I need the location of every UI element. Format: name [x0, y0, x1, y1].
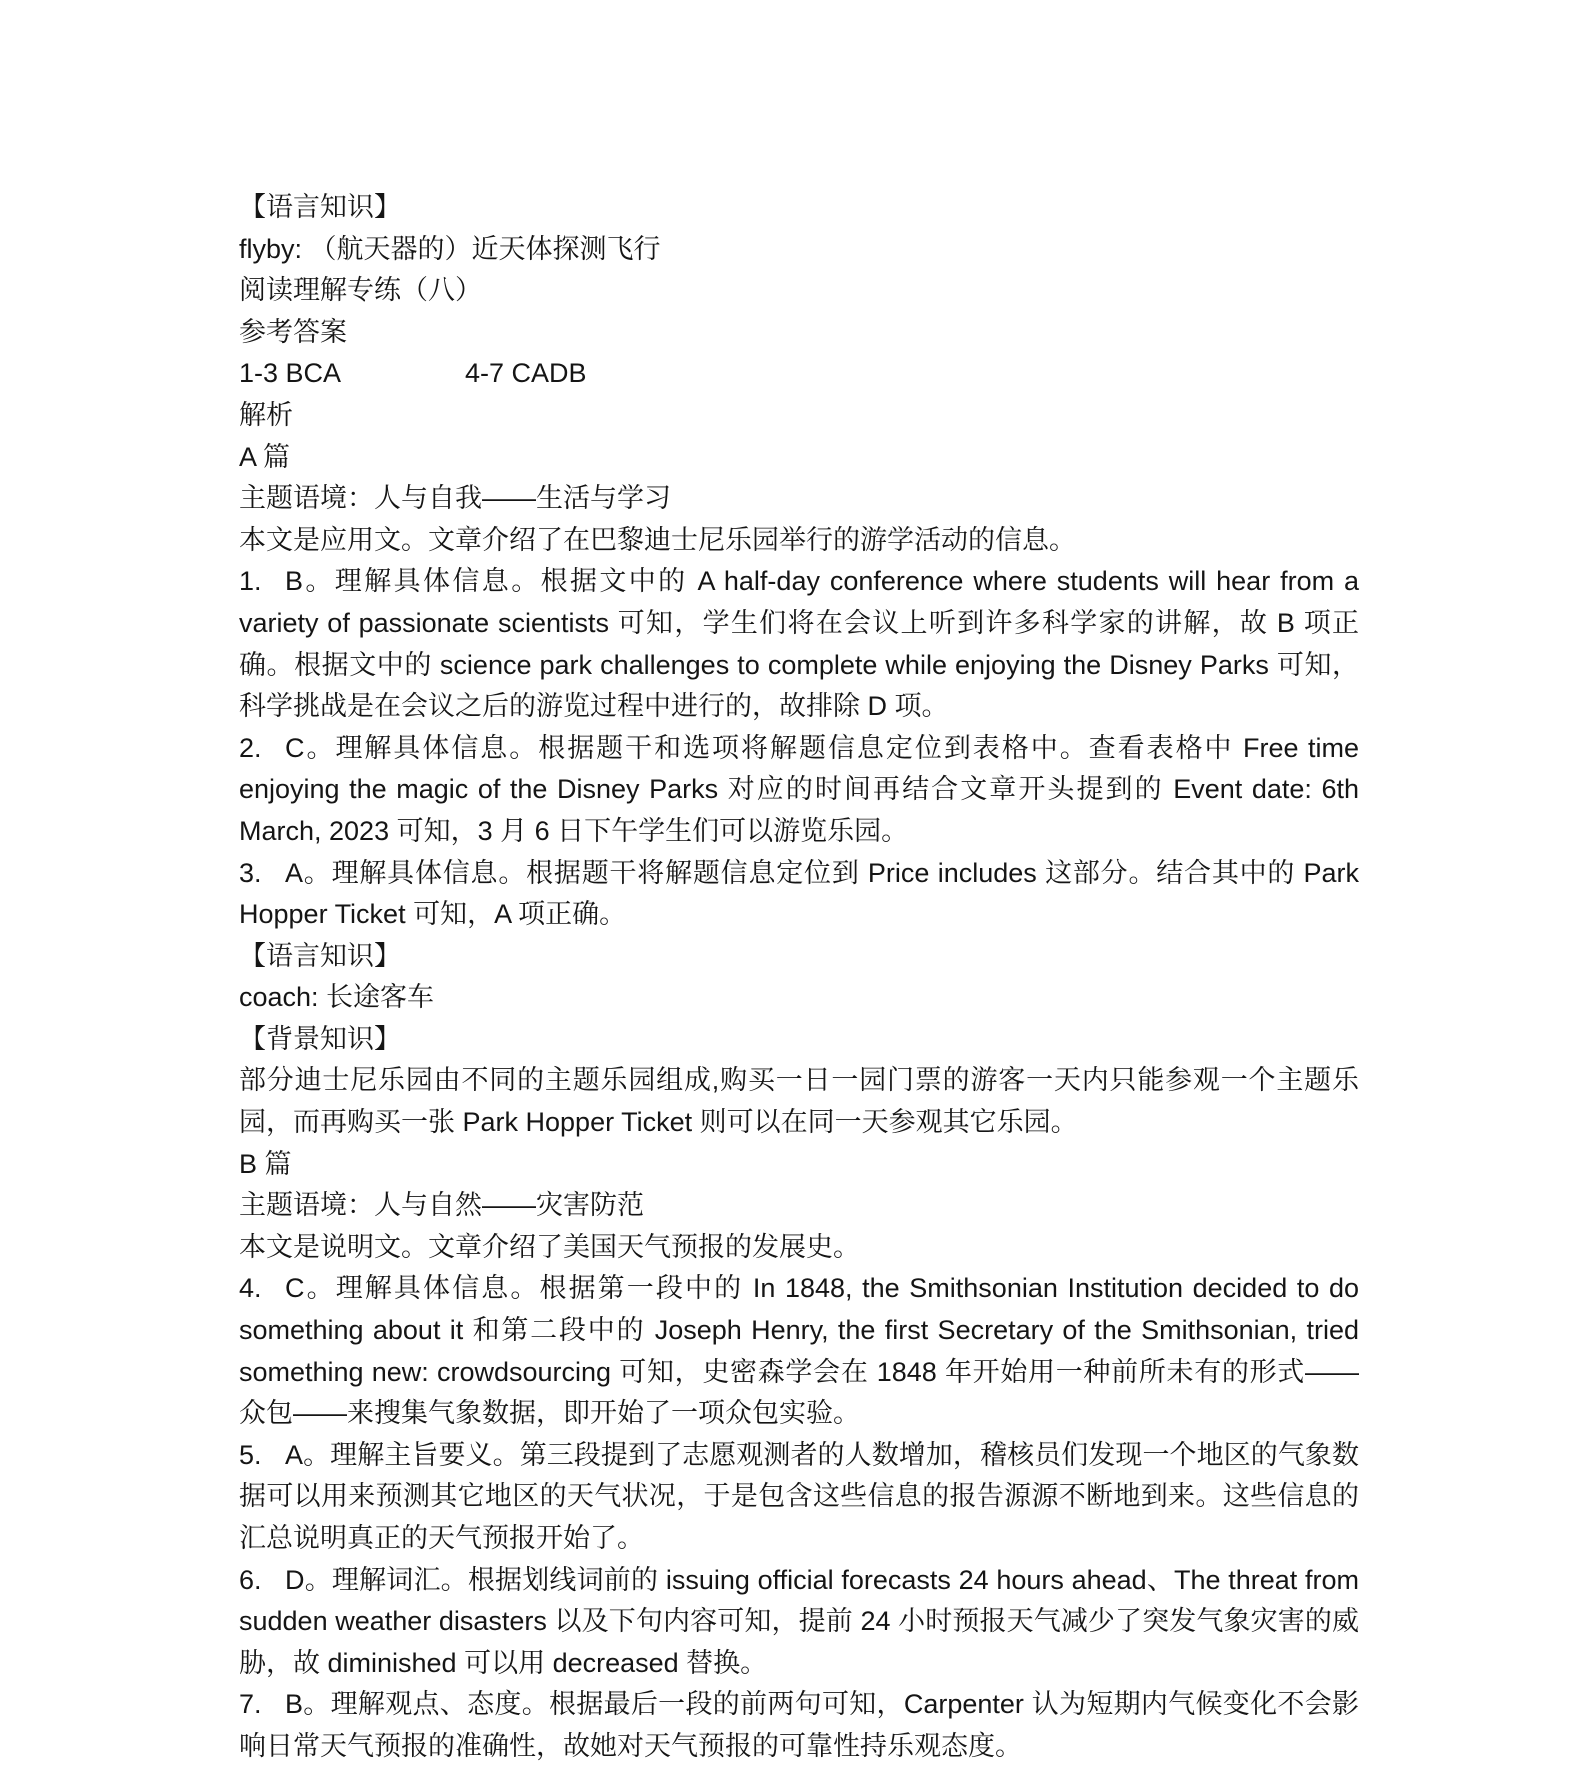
question-1-analysis: 1.B。理解具体信息。根据文中的 A half-day conference w… [239, 561, 1359, 727]
analysis-text: D。理解词汇。根据划线词前的 issuing official forecast… [239, 1565, 1359, 1678]
passage-b-label: B 篇 [239, 1144, 1359, 1186]
answer-range-4-7: 4-7 CADB [465, 358, 587, 388]
question-number: 1. [239, 561, 285, 603]
question-7-analysis: 7.B。理解观点、态度。根据最后一段的前两句可知，Carpenter 认为短期内… [239, 1684, 1359, 1767]
document-body: 【语言知识】flyby: （航天器的）近天体探测飞行阅读理解专练（八）参考答案1… [239, 187, 1359, 1768]
question-3-analysis: 3.A。理解具体信息。根据题干将解题信息定位到 Price includes 这… [239, 853, 1359, 936]
question-6-analysis: 6.D。理解词汇。根据划线词前的 issuing official foreca… [239, 1560, 1359, 1685]
analysis-text: B。理解观点、态度。根据最后一段的前两句可知，Carpenter 认为短期内气候… [239, 1689, 1359, 1761]
question-number: 5. [239, 1435, 285, 1477]
vocab-coach: coach: 长途客车 [239, 977, 1359, 1019]
section-label-language-knowledge-a: 【语言知识】 [239, 187, 1359, 229]
question-number: 3. [239, 853, 285, 895]
answer-key-label: 参考答案 [239, 312, 1359, 354]
question-number: 7. [239, 1684, 285, 1726]
question-4-analysis: 4.C。理解具体信息。根据第一段中的 In 1848, the Smithson… [239, 1268, 1359, 1434]
analysis-text: C。理解具体信息。根据第一段中的 In 1848, the Smithsonia… [239, 1273, 1359, 1428]
passage-b-summary: 本文是说明文。文章介绍了美国天气预报的发展史。 [239, 1227, 1359, 1269]
passage-a-label: A 篇 [239, 437, 1359, 479]
analysis-text: C。理解具体信息。根据题干和选项将解题信息定位到表格中。查看表格中 Free t… [239, 733, 1359, 846]
analysis-text: A。理解具体信息。根据题干将解题信息定位到 Price includes 这部分… [239, 858, 1359, 930]
vocab-flyby: flyby: （航天器的）近天体探测飞行 [239, 229, 1359, 271]
background-note: 部分迪士尼乐园由不同的主题乐园组成,购买一日一园门票的游客一天内只能参观一个主题… [239, 1060, 1359, 1143]
document-page: 【语言知识】flyby: （航天器的）近天体探测飞行阅读理解专练（八）参考答案1… [0, 0, 1587, 1789]
question-number: 4. [239, 1268, 285, 1310]
question-5-analysis: 5.A。理解主旨要义。第三段提到了志愿观测者的人数增加，稽核员们发现一个地区的气… [239, 1435, 1359, 1560]
answer-key: 1-3 BCA4-7 CADB [239, 353, 1359, 395]
analysis-text: A。理解主旨要义。第三段提到了志愿观测者的人数增加，稽核员们发现一个地区的气象数… [239, 1440, 1359, 1553]
section-label-background-knowledge: 【背景知识】 [239, 1019, 1359, 1061]
analysis-text: B。理解具体信息。根据文中的 A half-day conference whe… [239, 566, 1359, 721]
passage-b-theme: 主题语境：人与自然——灾害防范 [239, 1185, 1359, 1227]
passage-a-theme: 主题语境：人与自我——生活与学习 [239, 478, 1359, 520]
doc-title: 阅读理解专练（八） [239, 270, 1359, 312]
passage-a-summary: 本文是应用文。文章介绍了在巴黎迪士尼乐园举行的游学活动的信息。 [239, 520, 1359, 562]
question-number: 6. [239, 1560, 285, 1602]
analysis-label: 解析 [239, 395, 1359, 437]
answer-range-1-3: 1-3 BCA [239, 353, 465, 395]
section-label-language-knowledge-b: 【语言知识】 [239, 936, 1359, 978]
question-number: 2. [239, 728, 285, 770]
question-2-analysis: 2.C。理解具体信息。根据题干和选项将解题信息定位到表格中。查看表格中 Free… [239, 728, 1359, 853]
